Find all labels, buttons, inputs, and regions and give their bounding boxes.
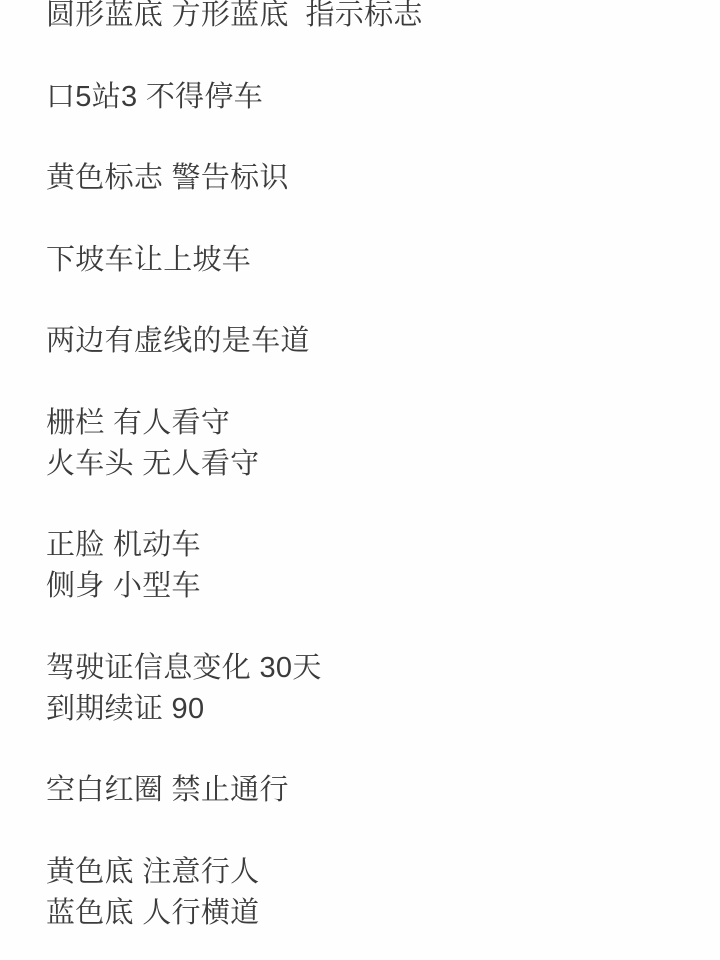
note-line: 正脸 机动车 [46, 525, 700, 566]
note-line: 两边有虚线的是车道 [46, 321, 700, 362]
note-group: 栅栏 有人看守 火车头 无人看守 [46, 403, 700, 485]
note-line: 口5站3 不得停车 [46, 77, 700, 118]
note-line: 驾驶证信息变化 30天 [46, 648, 700, 689]
note-line: 黄色底 注意行人 [46, 852, 700, 893]
note-page: 圆形蓝底 方形蓝底 指示标志 口5站3 不得停车 黄色标志 警告标识 下坡车让上… [0, 0, 720, 955]
note-line: 侧身 小型车 [46, 566, 700, 607]
note-line: 到期续证 90 [46, 689, 700, 730]
note-line: 栅栏 有人看守 [46, 403, 700, 444]
note-group: 空白红圈 禁止通行 [46, 770, 700, 811]
note-text-area[interactable]: 圆形蓝底 方形蓝底 指示标志 口5站3 不得停车 黄色标志 警告标识 下坡车让上… [0, 0, 720, 933]
note-group: 驾驶证信息变化 30天 到期续证 90 [46, 648, 700, 730]
note-line: 下坡车让上坡车 [46, 240, 700, 281]
note-group: 正脸 机动车 侧身 小型车 [46, 525, 700, 607]
note-group: 口5站3 不得停车 [46, 77, 700, 118]
note-group: 下坡车让上坡车 [46, 240, 700, 281]
note-line: 黄色标志 警告标识 [46, 158, 700, 199]
note-group: 两边有虚线的是车道 [46, 321, 700, 362]
note-group: 黄色标志 警告标识 [46, 158, 700, 199]
note-group: 黄色底 注意行人 蓝色底 人行横道 [46, 852, 700, 934]
note-line: 圆形蓝底 方形蓝底 指示标志 [46, 0, 700, 36]
note-line: 空白红圈 禁止通行 [46, 770, 700, 811]
note-group: 圆形蓝底 方形蓝底 指示标志 [46, 0, 700, 36]
note-line: 火车头 无人看守 [46, 444, 700, 485]
note-line: 蓝色底 人行横道 [46, 893, 700, 934]
